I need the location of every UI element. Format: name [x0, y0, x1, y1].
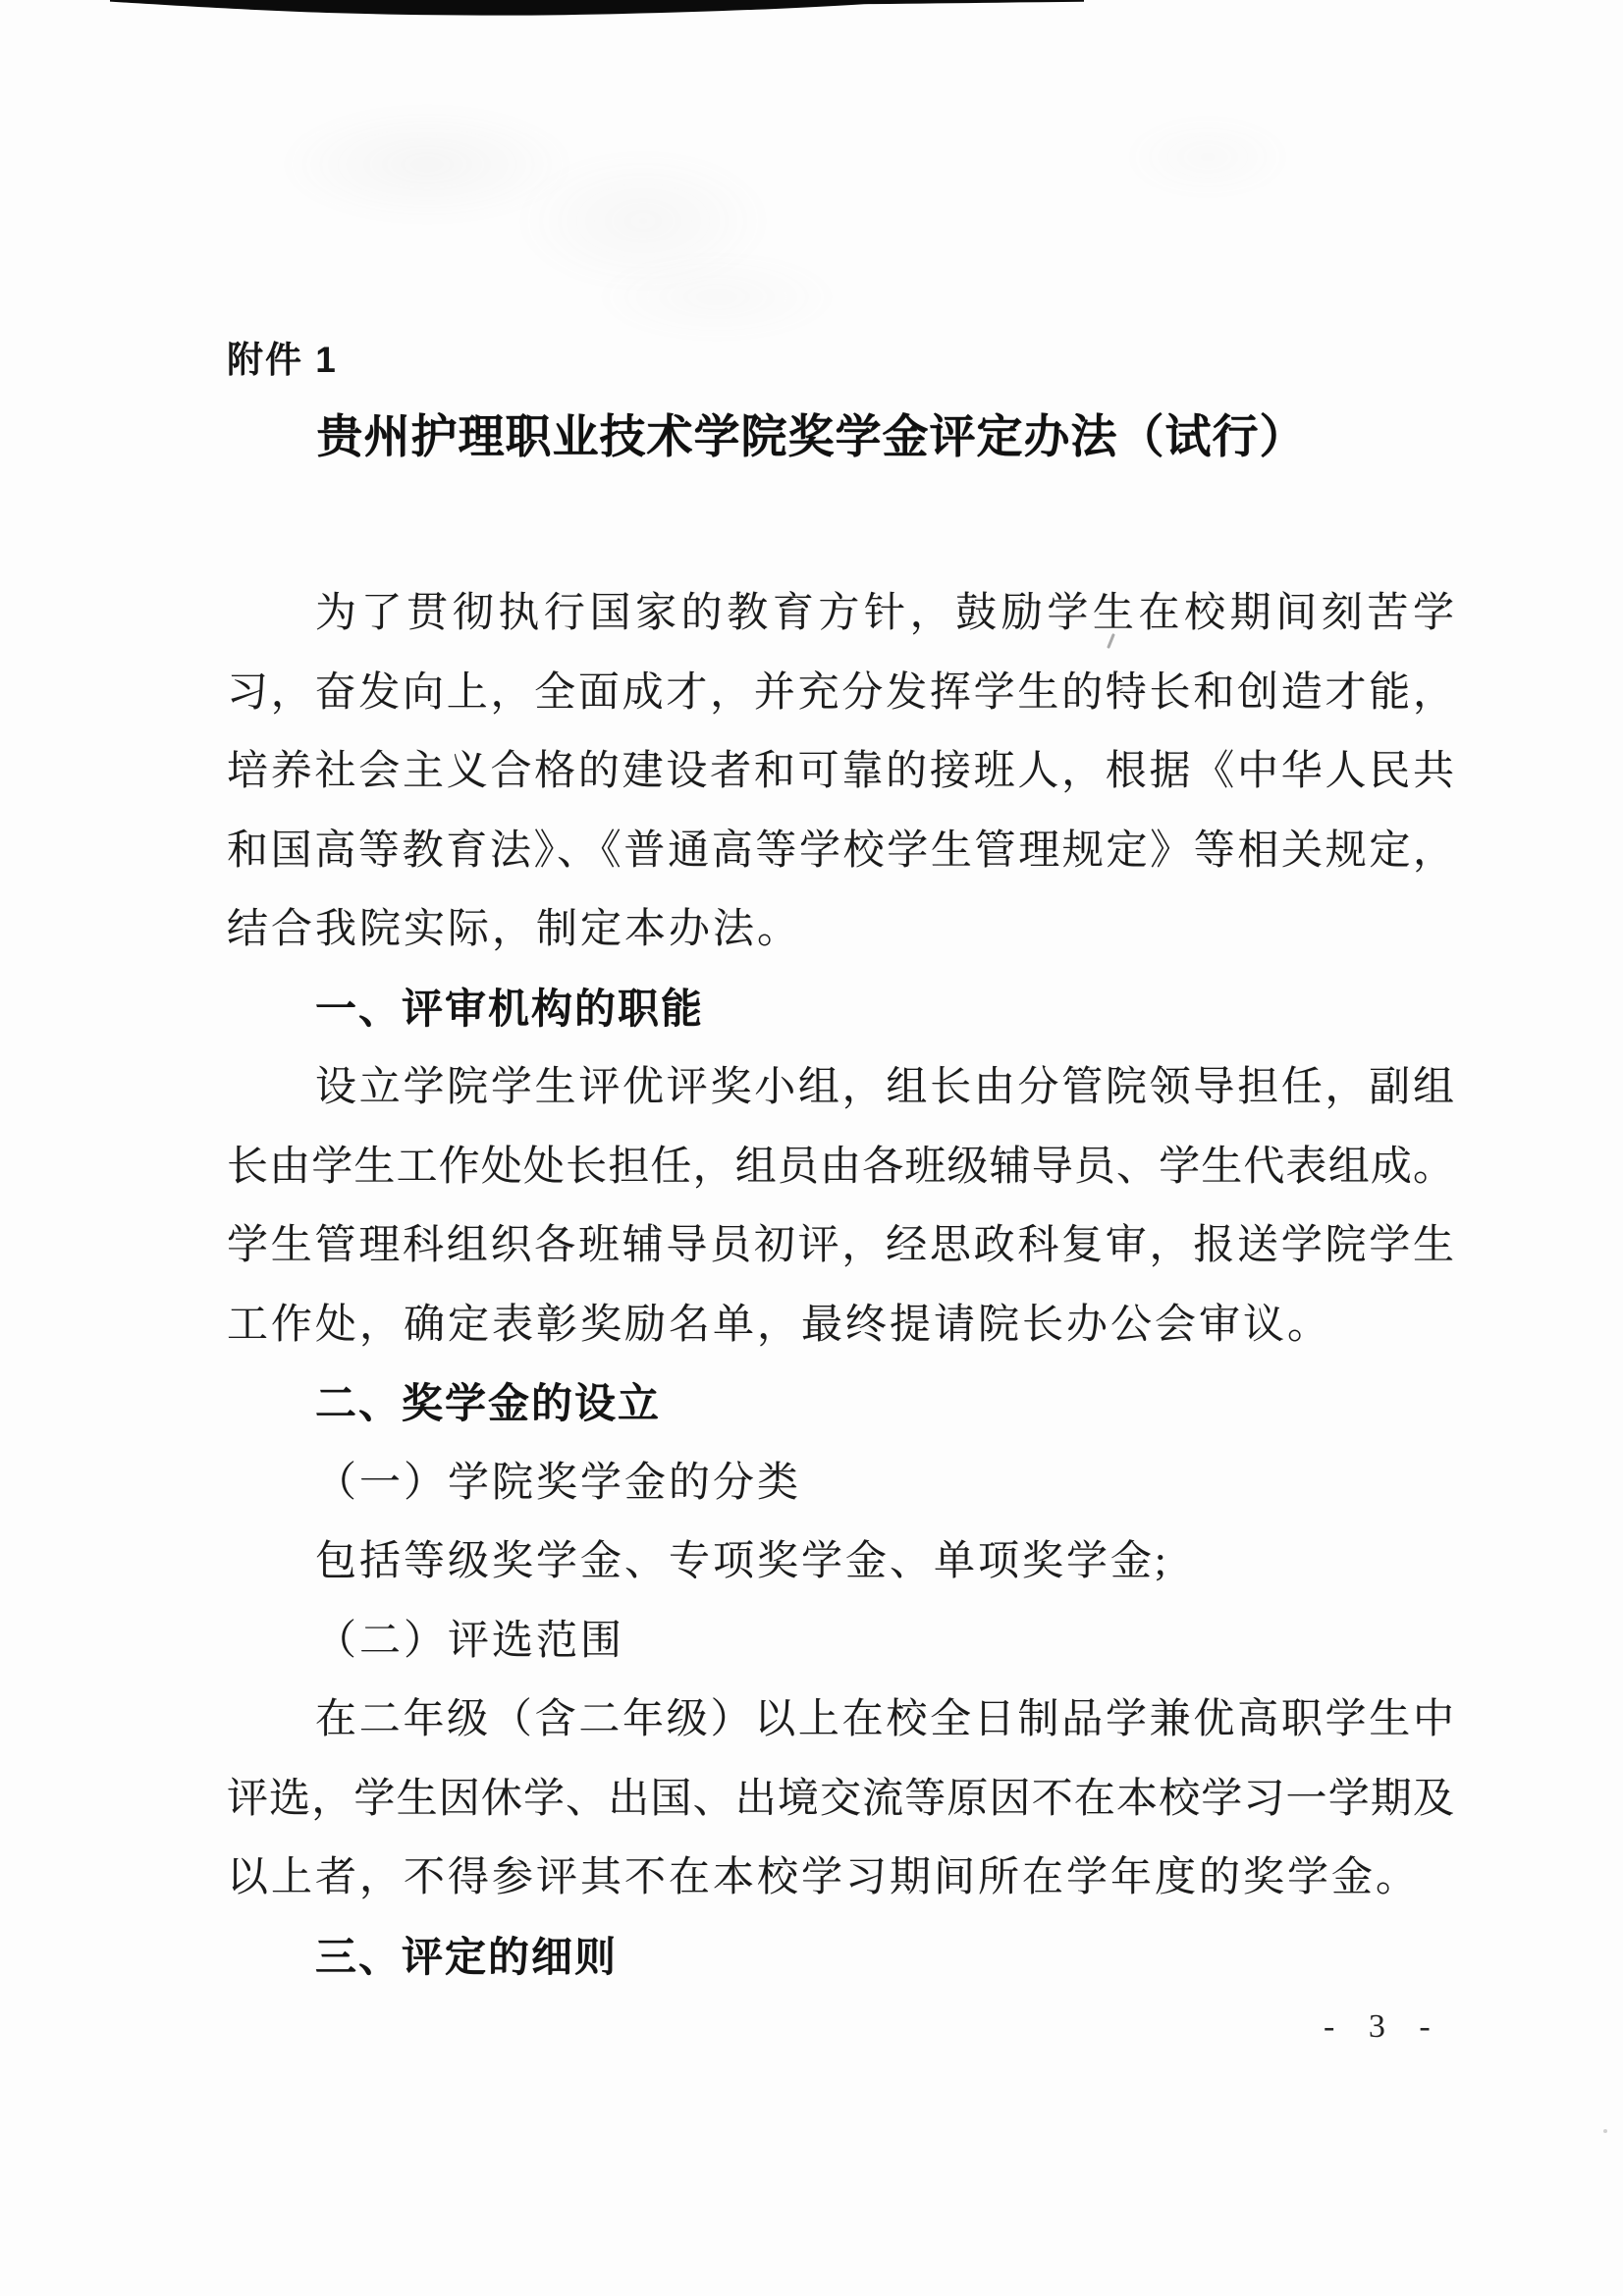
scan-smudge — [511, 147, 776, 294]
document-body: 为了贯彻执行国家的教育方针，鼓励学生在校期间刻苦学 习，奋发向上，全面成才，并充… — [227, 574, 1454, 1997]
scan-smudge — [1119, 113, 1296, 201]
sub-heading: （一）学院奖学金的分类 — [227, 1444, 1454, 1523]
text-line: 学生管理科组织各班辅导员初评，经思政科复审，报送学院学生 — [227, 1206, 1454, 1286]
text-line: 和国高等教育法》、《普通高等学校学生管理规定》等相关规定， — [227, 812, 1454, 891]
text-line: 结合我院实际，制定本办法。 — [227, 890, 1454, 970]
scan-artifact — [1603, 2129, 1607, 2133]
text-line: 设立学院学生评优评奖小组，组长由分管院领导担任，副组 — [227, 1048, 1454, 1128]
scan-smudge — [275, 103, 579, 226]
text-line: 评选，学生因休学、出国、出境交流等原因不在本校学习一学期及 — [227, 1760, 1454, 1840]
text-line: 长由学生工作处处长担任，组员由各班级辅导员、学生代表组成。 — [227, 1128, 1454, 1207]
text-line: 包括等级奖学金、专项奖学金、单项奖学金; — [227, 1522, 1454, 1602]
document-title: 贵州护理职业技术学院奖学金评定办法（试行） — [0, 400, 1623, 466]
text-line: 为了贯彻执行国家的教育方针，鼓励学生在校期间刻苦学 — [227, 574, 1454, 654]
text-line: 以上者，不得参评其不在本校学习期间所在学年度的奖学金。 — [227, 1839, 1454, 1918]
text-line: 工作处，确定表彰奖励名单，最终提请院长办公会审议。 — [227, 1286, 1454, 1365]
scanner-edge-artifact — [0, 0, 1623, 22]
text-line: 习，奋发向上，全面成才，并充分发挥学生的特长和创造才能， — [227, 654, 1454, 733]
sub-heading: （二）评选范围 — [227, 1602, 1454, 1682]
page-number: - 3 - — [1324, 2008, 1443, 2046]
attachment-label: 附件 1 — [227, 330, 338, 383]
text-line: 在二年级（含二年级）以上在校全日制品学兼优高职学生中 — [227, 1681, 1454, 1760]
section-heading: 一、评审机构的职能 — [227, 970, 1454, 1049]
text-line: 培养社会主义合格的建设者和可靠的接班人，根据《中华人民共 — [227, 732, 1454, 812]
scan-smudge — [589, 250, 844, 344]
section-heading: 二、奖学金的设立 — [227, 1364, 1454, 1444]
document-page: 附件 1 贵州护理职业技术学院奖学金评定办法（试行） 为了贯彻执行国家的教育方针… — [0, 0, 1623, 2296]
section-heading: 三、评定的细则 — [227, 1918, 1454, 1998]
